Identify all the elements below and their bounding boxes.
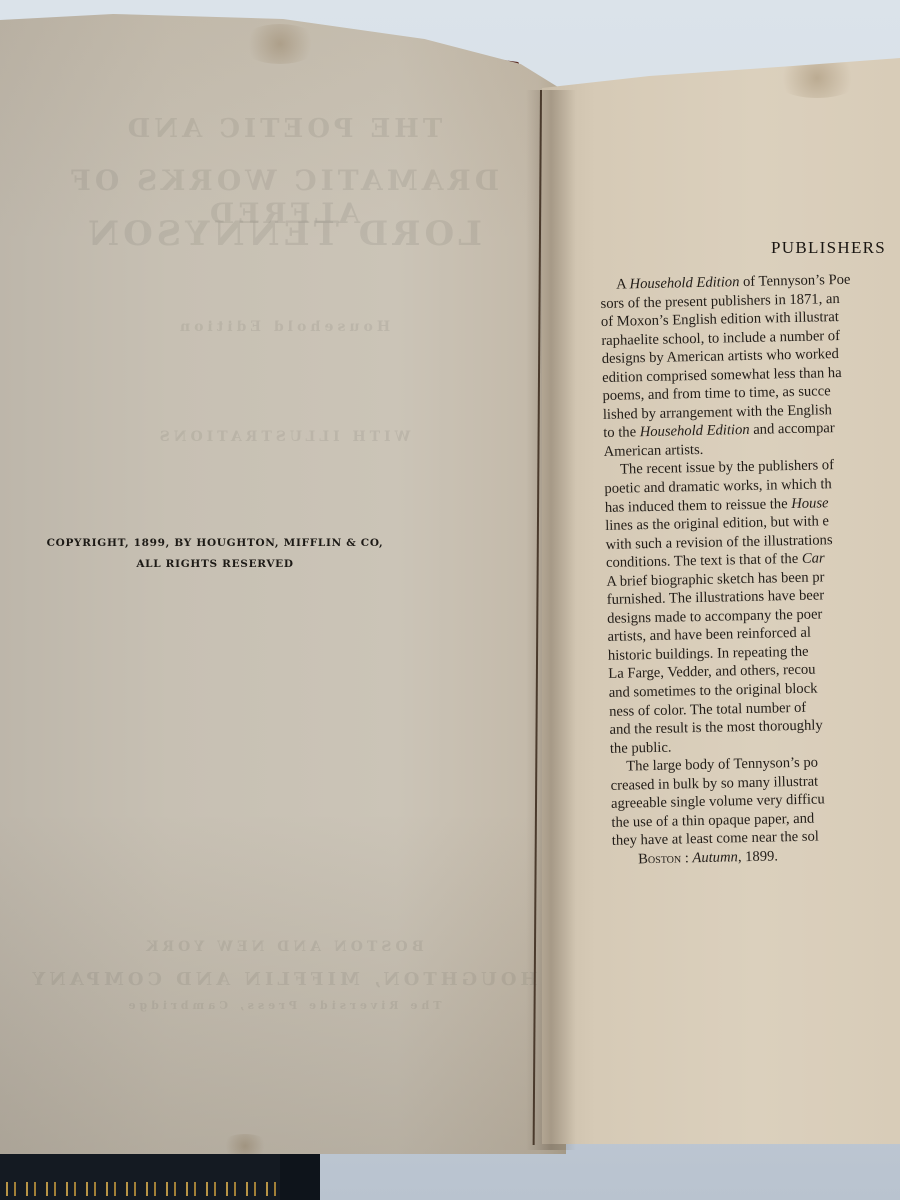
signature-place: Boston <box>638 850 681 867</box>
bleed-through-text: Household Edition <box>0 319 566 335</box>
text-span: of Tennyson’s Poe <box>739 272 850 290</box>
text-span: : <box>681 850 693 866</box>
copyright-notice: COPYRIGHT, 1899, BY HOUGHTON, MIFFLIN & … <box>40 533 390 575</box>
bleed-through-text: The Riverside Press, Cambridge <box>0 999 566 1012</box>
italic-text: Household Edition <box>629 274 739 292</box>
text-span: and accompar <box>749 420 834 438</box>
text-span: conditions. The text is that of the <box>606 551 802 571</box>
gilt-border-decoration <box>0 1182 290 1196</box>
foxing-stain <box>240 24 320 64</box>
bleed-through-text: LORD TENNYSON <box>0 214 566 254</box>
italic-text: House <box>791 495 829 512</box>
text-span: A <box>616 276 630 292</box>
text-span: has induced them to reissue the <box>605 496 792 516</box>
italic-text: Car <box>802 551 825 567</box>
text-span: to the <box>603 425 640 442</box>
publishers-note-heading: PUBLISHERS <box>771 238 886 258</box>
rights-reserved-line: ALL RIGHTS RESERVED <box>40 554 390 575</box>
left-page: THE POETIC AND DRAMATIC WORKS OF ALFRED … <box>0 14 566 1154</box>
bleed-through-text: WITH ILLUSTRATIONS <box>0 429 566 445</box>
publishers-note-body: A Household Edition of Tennyson’s Poe so… <box>600 269 900 869</box>
italic-text: Household Edition <box>640 422 750 440</box>
bleed-through-text: HOUGHTON, MIFFLIN AND COMPANY <box>0 969 566 990</box>
book-cover-edge <box>280 1150 320 1200</box>
signature-year: , 1899. <box>738 848 778 865</box>
bleed-through-text: THE POETIC AND <box>0 114 566 144</box>
copyright-line: COPYRIGHT, 1899, BY HOUGHTON, MIFFLIN & … <box>40 533 390 554</box>
signature-season: Autumn <box>692 849 738 866</box>
bleed-through-text: DRAMATIC WORKS OF ALFRED <box>0 164 566 230</box>
bleed-through-text: BOSTON AND NEW YORK <box>0 939 566 955</box>
